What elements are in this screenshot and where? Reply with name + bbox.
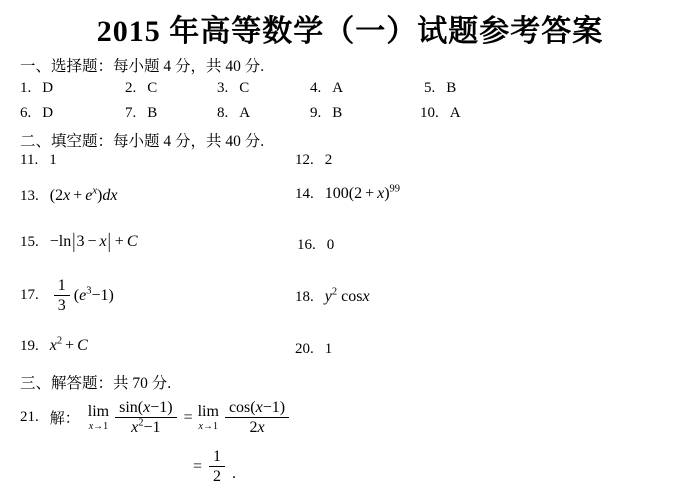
answer-letter: A [332, 80, 343, 96]
question-number: 14. [295, 186, 314, 202]
math-token: + [73, 187, 82, 204]
choice-answer-9: 9.B [310, 105, 342, 122]
fill-answer-15: 15.−ln|3−x|+C [20, 233, 137, 251]
math-token: lim [88, 404, 109, 420]
math-token: 2 [332, 287, 337, 298]
page-title: 2015 年高等数学（一）试题参考答案 [0, 6, 700, 50]
math-token: 3 [76, 233, 84, 250]
fill-answer-16: 16.0 [297, 237, 334, 254]
math-token: x [362, 288, 369, 305]
answer-letter: B [332, 105, 342, 121]
fill-answer-18: 18.y2cosx [295, 288, 370, 306]
choice-answer-4: 4.A [310, 80, 343, 97]
numerator: sin(x−1) [115, 398, 176, 418]
math-token: − [87, 233, 96, 250]
solution-label: 解： [50, 407, 80, 428]
denominator: 2 [209, 467, 225, 486]
arrow-icon: → [93, 421, 103, 432]
equals-sign: = [193, 458, 202, 476]
question-number: 16. [297, 237, 316, 253]
question-number: 11. [20, 152, 38, 168]
question-number: 4. [310, 80, 321, 96]
question-number: 17. [20, 287, 39, 304]
math-token: sin( [119, 399, 143, 416]
answer-letter: B [446, 80, 456, 96]
answer-value: 0 [327, 237, 335, 253]
section-fill-heading: 二、填空题：每小题 4 分，共 40 分. [20, 129, 264, 151]
math-token: −1 [144, 419, 161, 436]
solution-21-line-2: = 12 . [190, 447, 236, 486]
math-token: 99 [390, 184, 401, 195]
math-token: + [65, 337, 74, 354]
fill-answer-19: 19.x2+C [20, 337, 88, 355]
answer-expression: y2cosx [325, 288, 370, 305]
math-token: x [63, 187, 70, 204]
math-token: 100(2 [325, 185, 362, 202]
question-number: 19. [20, 338, 39, 354]
math-token: −1) [91, 287, 113, 304]
math-token: lim [198, 404, 219, 420]
math-token: x [50, 337, 57, 354]
numerator: cos(x−1) [225, 398, 289, 418]
math-token: 2 [57, 336, 62, 347]
answer-value: 2 [325, 152, 333, 168]
denominator: 2x [245, 418, 268, 437]
answer-sheet-page: 2015 年高等数学（一）试题参考答案 一、选择题：每小题 4 分，共 40 分… [0, 0, 700, 496]
fill-answer-17: 17.13(e3−1) [20, 276, 114, 315]
math-token: C [77, 337, 88, 354]
question-number: 5. [424, 80, 435, 96]
math-token: 1 [213, 421, 218, 432]
math-token: 3 [54, 296, 70, 315]
answer-letter: B [147, 105, 157, 121]
answer-letter: D [42, 80, 53, 96]
limit-operator: limx→1 [88, 404, 109, 432]
question-number: 6. [20, 105, 31, 121]
question-number: 7. [125, 105, 136, 121]
fraction: cos(x−1)2x [225, 398, 289, 437]
fraction: 12 [209, 447, 225, 486]
choice-answer-5: 5.B [424, 80, 456, 97]
limit-subscript: x→1 [89, 422, 108, 432]
math-token: − [50, 233, 59, 250]
choice-answer-1: 1.D [20, 80, 53, 97]
question-number: 13. [20, 188, 39, 204]
question-number: 2. [125, 80, 136, 96]
answer-letter: A [239, 105, 250, 121]
equals-sign: = [184, 409, 193, 427]
question-number: 1. [20, 80, 31, 96]
math-token: x [256, 399, 263, 416]
answer-letter: D [42, 105, 53, 121]
question-number: 21. [20, 409, 39, 426]
math-token: cos( [229, 399, 256, 416]
math-token: y [325, 288, 332, 305]
answer-letter: A [450, 105, 461, 121]
math-token: x [257, 419, 264, 436]
fill-answer-13: 13.(2x+ex)dx [20, 187, 117, 205]
arrow-icon: → [203, 421, 213, 432]
choice-answer-8: 8.A [217, 105, 250, 122]
period-mark: . [232, 465, 236, 486]
section-choice-heading: 一、选择题：每小题 4 分，共 40 分. [20, 54, 264, 76]
answer-letter: C [239, 80, 249, 96]
fill-answer-11: 11.1 [20, 152, 57, 169]
answer-expression: 100(2+x)99 [325, 185, 400, 202]
question-number: 12. [295, 152, 314, 168]
math-token: (2 [50, 187, 63, 204]
abs-bar: | [107, 230, 112, 254]
fraction: 13 [54, 276, 70, 315]
answer-expression: (e3−1) [74, 287, 114, 305]
question-number: 9. [310, 105, 321, 121]
math-token: 1 [54, 276, 70, 296]
question-number: 8. [217, 105, 228, 121]
answer-value: 1 [325, 341, 333, 357]
limit-subscript: x→1 [199, 422, 218, 432]
choice-answer-7: 7.B [125, 105, 157, 122]
answer-letter: C [147, 80, 157, 96]
answer-expression: x2+C [50, 337, 88, 354]
fill-answer-12: 12.2 [295, 152, 332, 169]
math-token: 1 [103, 421, 108, 432]
solution-21-line-1: 21. 解： limx→1 sin(x−1)x2−1 = limx→1 cos(… [20, 398, 293, 437]
math-token: C [127, 233, 138, 250]
math-token: cos [341, 288, 362, 305]
limit-operator: limx→1 [198, 404, 219, 432]
math-token: + [365, 185, 374, 202]
answer-value: 1 [49, 152, 57, 168]
numerator: 1 [209, 447, 225, 467]
answer-expression: (2x+ex)dx [50, 187, 118, 204]
math-token: dx [102, 187, 117, 204]
math-token: + [115, 233, 124, 250]
math-token: −1) [263, 399, 285, 416]
choice-answer-2: 2.C [125, 80, 157, 97]
denominator: x2−1 [127, 418, 164, 437]
math-token: −1) [150, 399, 172, 416]
question-number: 15. [20, 234, 39, 250]
abs-bar: | [71, 230, 76, 254]
question-number: 3. [217, 80, 228, 96]
fill-answer-20: 20.1 [295, 341, 332, 358]
choice-answer-6: 6.D [20, 105, 53, 122]
question-number: 10. [420, 105, 439, 121]
math-token: x [99, 233, 106, 250]
choice-answer-3: 3.C [217, 80, 249, 97]
fraction: sin(x−1)x2−1 [115, 398, 176, 437]
section-solve-heading: 三、解答题：共 70 分. [20, 371, 171, 393]
math-token: ln [59, 233, 71, 250]
choice-answer-10: 10.A [420, 105, 461, 122]
question-number: 20. [295, 341, 314, 357]
question-number: 18. [295, 289, 314, 305]
answer-expression: −ln|3−x|+C [50, 233, 138, 250]
fill-answer-14: 14.100(2+x)99 [295, 185, 400, 203]
